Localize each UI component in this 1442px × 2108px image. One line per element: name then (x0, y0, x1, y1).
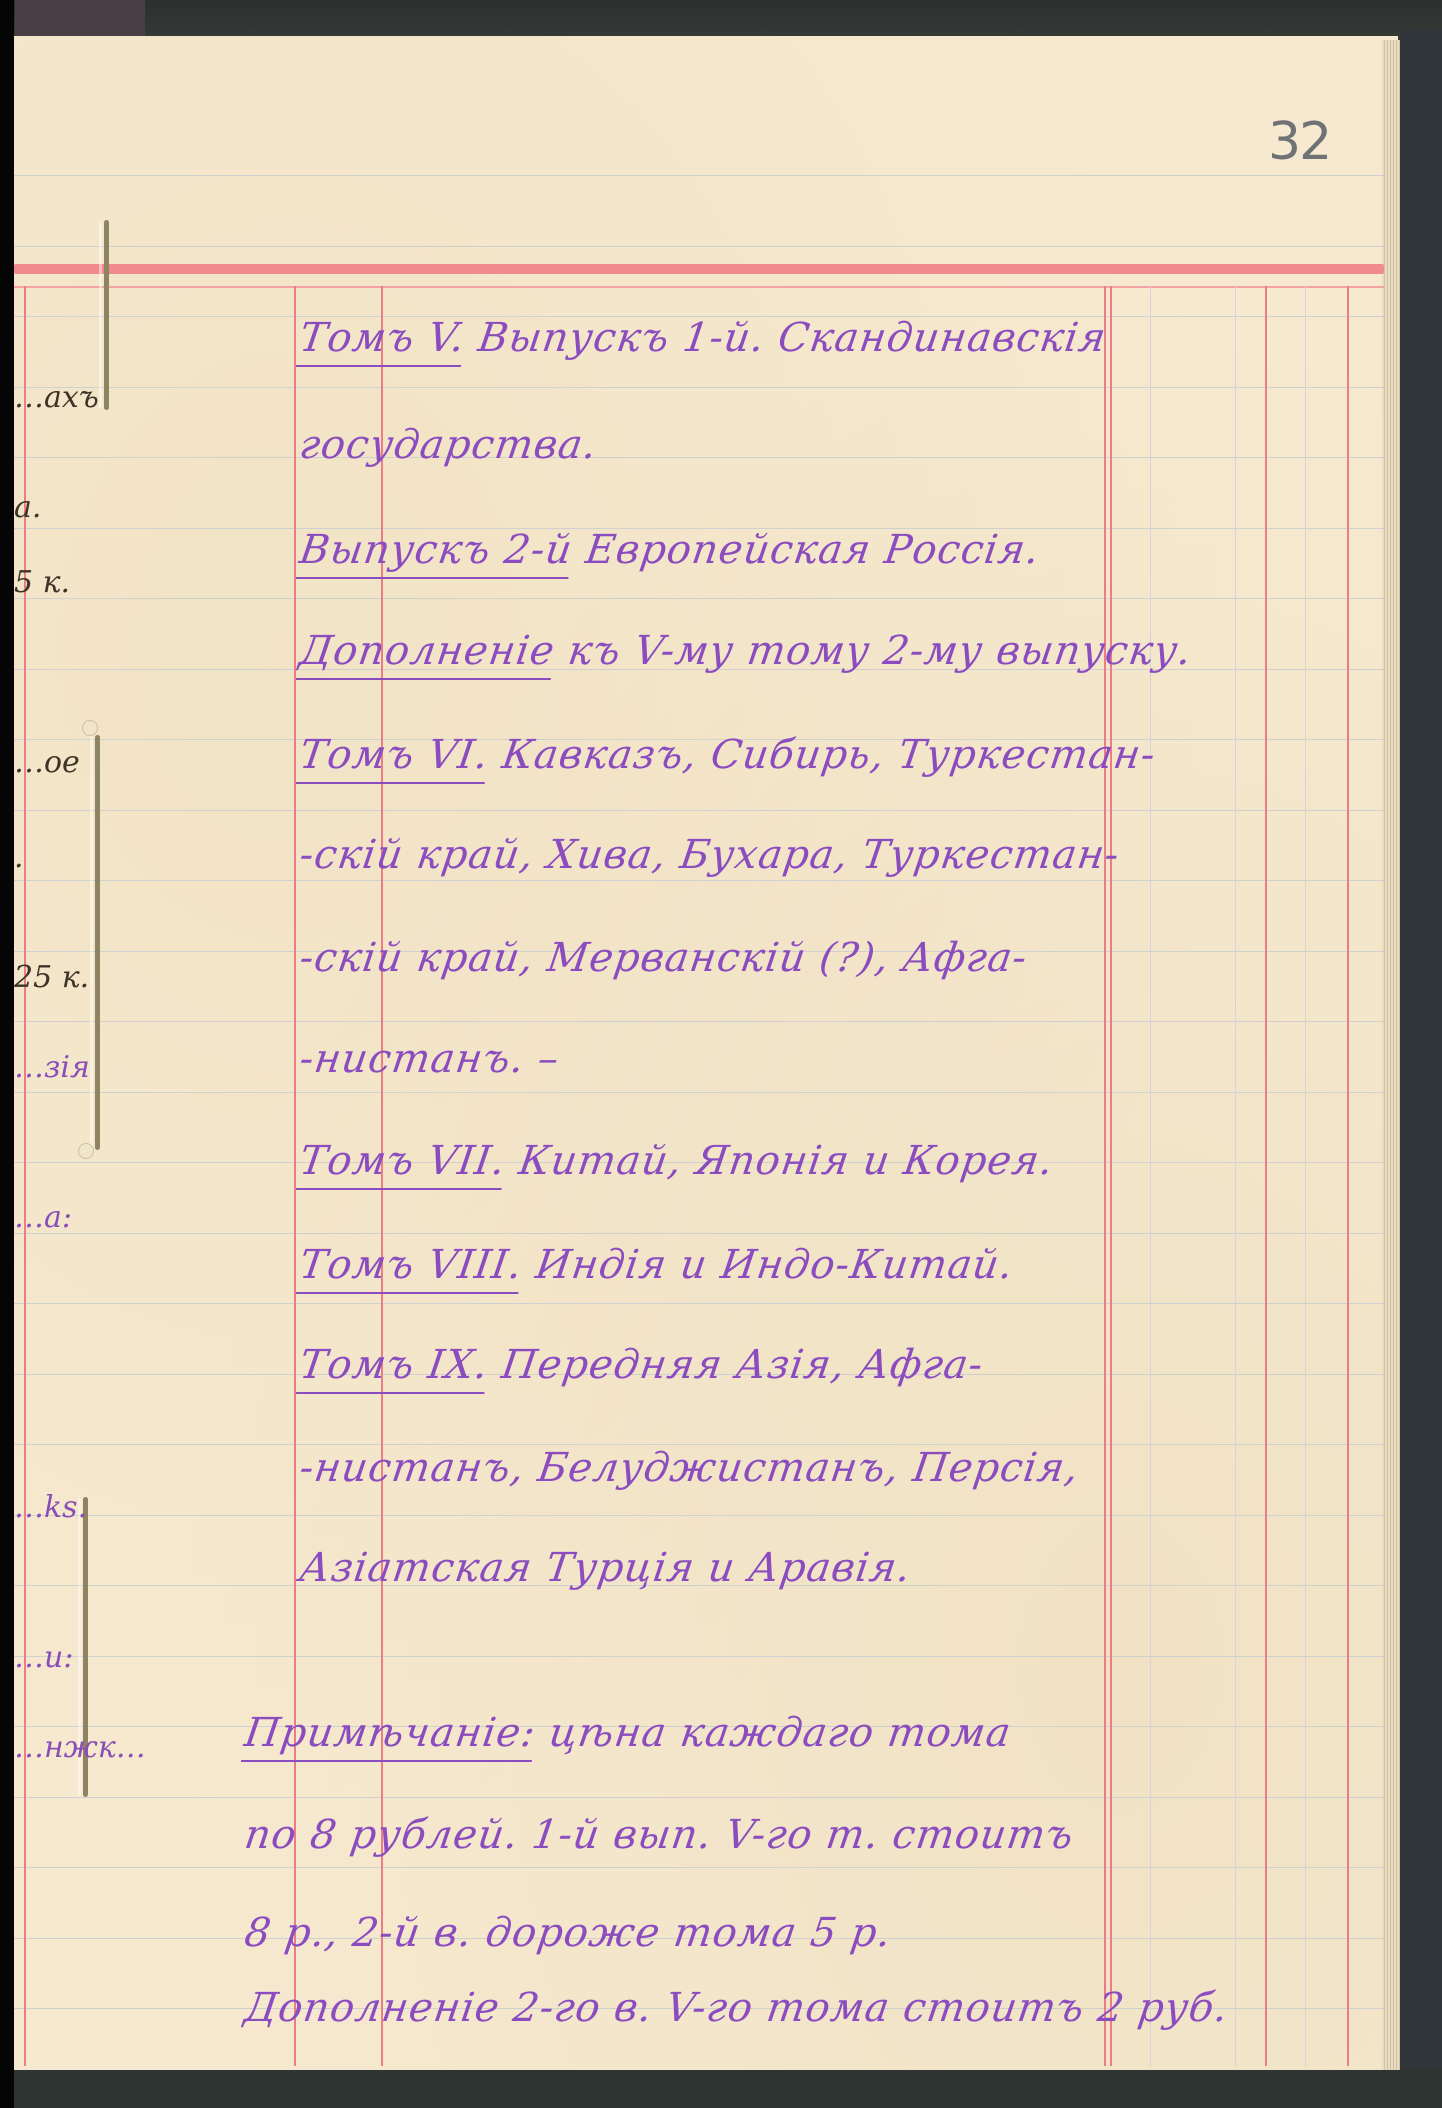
blue-rule-line (14, 1797, 1384, 1798)
line-text: -скiй край, Мерванскiй (?), Афга- (297, 935, 1031, 981)
notebook-cover-right (1400, 30, 1442, 2108)
binding-hole-1 (82, 720, 98, 736)
underlined-heading: Томъ VI. (297, 732, 492, 778)
handwritten-line: 8 р., 2-й в. дороже тома 5 р. (242, 1910, 895, 1956)
blue-rule-line (14, 1021, 1384, 1022)
blue-rule-line (14, 246, 1384, 247)
binding-hole-2 (78, 1143, 94, 1159)
handwritten-line: Выпускъ 2-й Европейская Россiя. (297, 527, 1043, 573)
facing-page-fragment: …нжк… (14, 1730, 146, 1765)
line-text: государства. (297, 422, 600, 468)
facing-page-fragment: 25 к. (14, 960, 89, 995)
faint-column-rule-1 (1150, 286, 1151, 2066)
blue-rule-line (14, 1515, 1384, 1516)
facing-page-fragment: …а: (14, 1200, 72, 1235)
underlined-heading: Выпускъ 2-й (297, 527, 576, 573)
underlined-heading: Томъ VIII. (297, 1242, 526, 1288)
facing-page-fragment: …ое (14, 745, 80, 780)
blue-rule-line (14, 457, 1384, 458)
column-rule-2 (1265, 286, 1267, 2066)
blue-rule-line (14, 1656, 1384, 1657)
line-text: Азiатская Турцiя и Аравiя. (297, 1545, 914, 1591)
handwritten-line: государства. (297, 422, 600, 468)
handwritten-line: Дополненiе 2-го в. V-го тома стоитъ 2 ру… (242, 1985, 1232, 2031)
blue-rule-line (14, 598, 1384, 599)
facing-page-fragment: . (14, 840, 24, 875)
handwritten-line: Томъ VIII. Индiя и Индо-Китай. (297, 1242, 1017, 1288)
line-text: -нистанъ. – (297, 1036, 563, 1082)
handwritten-line: Азiатская Турцiя и Аравiя. (297, 1545, 914, 1591)
blue-rule-line (14, 175, 1384, 176)
page-number: 32 (1268, 112, 1330, 172)
underlined-heading: Томъ V. (297, 315, 468, 361)
facing-page-fragment: …зiя (14, 1050, 90, 1085)
facing-page-fragment: …ks. (14, 1490, 87, 1525)
line-text: Выпускъ 1-й. Скандинавскiя (462, 315, 1110, 361)
page-edges-stack (1382, 40, 1400, 2070)
binding-thread-2 (95, 735, 100, 1150)
line-text: 8 р., 2-й в. дороже тома 5 р. (242, 1910, 895, 1956)
line-text: Передняя Азiя, Афга- (485, 1342, 986, 1388)
handwritten-line: Томъ VII. Китай, Японiя и Корея. (297, 1138, 1057, 1184)
facing-page-fragment: а. (14, 490, 41, 525)
line-text: Кавказъ, Сибирь, Туркестан- (485, 732, 1158, 778)
handwritten-line: Томъ V. Выпускъ 1-й. Скандинавскiя (297, 315, 1110, 361)
line-text: Европейская Россiя. (569, 527, 1043, 573)
handwritten-line: по 8 рублей. 1-й вып. V-го т. стоитъ (242, 1812, 1077, 1858)
red-header-rule-thick (14, 264, 1384, 274)
line-text: Индiя и Индо-Китай. (519, 1242, 1016, 1288)
blue-rule-line (14, 1233, 1384, 1234)
blue-rule-line (14, 1303, 1384, 1304)
scan-black-edge (0, 0, 14, 2108)
column-rule-1a (1104, 286, 1106, 2066)
handwritten-line: Дополненiе къ V-му тому 2-му выпуску. (297, 628, 1195, 674)
faint-column-rule-3 (1305, 286, 1306, 2066)
line-text: по 8 рублей. 1-й вып. V-го т. стоитъ (242, 1812, 1077, 1858)
blue-rule-line (14, 387, 1384, 388)
notebook-cover-top (0, 0, 1442, 40)
blue-rule-line (14, 880, 1384, 881)
blue-rule-line (14, 1092, 1384, 1093)
left-page-margin-rule (24, 286, 26, 2066)
underlined-heading: Дополненiе (297, 628, 558, 674)
line-text: -скiй край, Хива, Бухара, Туркестан- (297, 832, 1123, 878)
handwritten-line: Примѣчанiе: цѣна каждаго тома (242, 1710, 1014, 1756)
underlined-heading: Примѣчанiе: (242, 1710, 539, 1756)
margin-rule-left-1 (294, 286, 296, 2066)
line-text: цѣна каждаго тома (533, 1710, 1015, 1756)
facing-page-fragment: …и: (14, 1640, 73, 1675)
handwritten-line: -скiй край, Хива, Бухара, Туркестан- (297, 832, 1123, 878)
line-text: -нистанъ, Белуджистанъ, Персiя, (297, 1445, 1082, 1491)
handwritten-line: -скiй край, Мерванскiй (?), Афга- (297, 935, 1031, 981)
handwritten-line: Томъ VI. Кавказъ, Сибирь, Туркестан- (297, 732, 1159, 778)
line-text: Дополненiе 2-го в. V-го тома стоитъ 2 ру… (242, 1985, 1232, 2031)
handwritten-line: -нистанъ, Белуджистанъ, Персiя, (297, 1445, 1082, 1491)
handwritten-line: -нистанъ. – (297, 1036, 563, 1082)
facing-page-fragment: …ахъ (14, 380, 99, 415)
underlined-heading: Томъ IX. (297, 1342, 492, 1388)
red-header-rule-thin (14, 286, 1384, 288)
underlined-heading: Томъ VII. (297, 1138, 509, 1184)
facing-page-fragment: 5 к. (14, 565, 70, 600)
blue-rule-line (14, 1867, 1384, 1868)
line-text: Китай, Японiя и Корея. (502, 1138, 1056, 1184)
line-text: къ V-му тому 2-му выпуску. (552, 628, 1195, 674)
blue-rule-line (14, 810, 1384, 811)
binding-thread-1 (104, 220, 109, 410)
cover-spine-fabric (15, 0, 145, 36)
notebook-cover-bottom (14, 2068, 1442, 2108)
column-rule-1b (1110, 286, 1112, 2066)
faint-column-rule-2 (1235, 286, 1236, 2066)
handwritten-line: Томъ IX. Передняя Азiя, Афга- (297, 1342, 987, 1388)
column-rule-3 (1347, 286, 1349, 2066)
